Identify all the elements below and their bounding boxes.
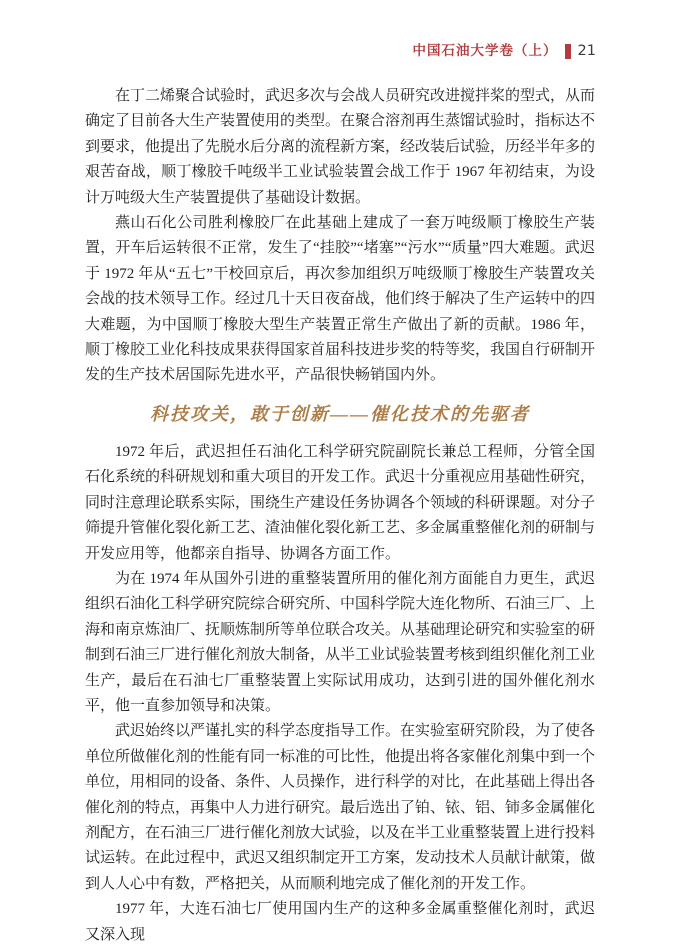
paragraph: 为在 1974 年从国外引进的重整装置所用的催化剂方面能自力更生，武迟组织石油化… bbox=[85, 567, 595, 719]
paragraph: 1972 年后，武迟担任石油化工科学研究院副院长兼总工程师，分管全国石化系统的科… bbox=[85, 440, 595, 567]
running-header: 中国石油大学卷（上） 21 bbox=[413, 42, 596, 60]
book-page: 中国石油大学卷（上） 21 在丁二烯聚合试验时，武迟多次与会战人员研究改进搅拌桨… bbox=[0, 0, 680, 945]
paragraph: 武迟始终以严谨扎实的科学态度指导工作。在实验室研究阶段，为了使各单位所做催化剂的… bbox=[85, 719, 595, 897]
page-number: 21 bbox=[578, 42, 596, 60]
header-divider-bar bbox=[565, 44, 571, 59]
paragraph: 燕山石化公司胜利橡胶厂在此基础上建成了一套万吨级顺丁橡胶生产装置，开车后运转很不… bbox=[85, 211, 595, 389]
paragraph: 在丁二烯聚合试验时，武迟多次与会战人员研究改进搅拌桨的型式，从而确定了目前各大生… bbox=[85, 84, 595, 211]
paragraph: 1977 年，大连石油七厂使用国内生产的这种多金属重整催化剂时，武迟又深入现 bbox=[85, 897, 595, 945]
book-title: 中国石油大学卷（上） bbox=[413, 42, 558, 60]
body-text: 在丁二烯聚合试验时，武迟多次与会战人员研究改进搅拌桨的型式，从而确定了目前各大生… bbox=[85, 84, 595, 945]
section-heading: 科技攻关，敢于创新——催化技术的先驱者 bbox=[85, 401, 595, 427]
